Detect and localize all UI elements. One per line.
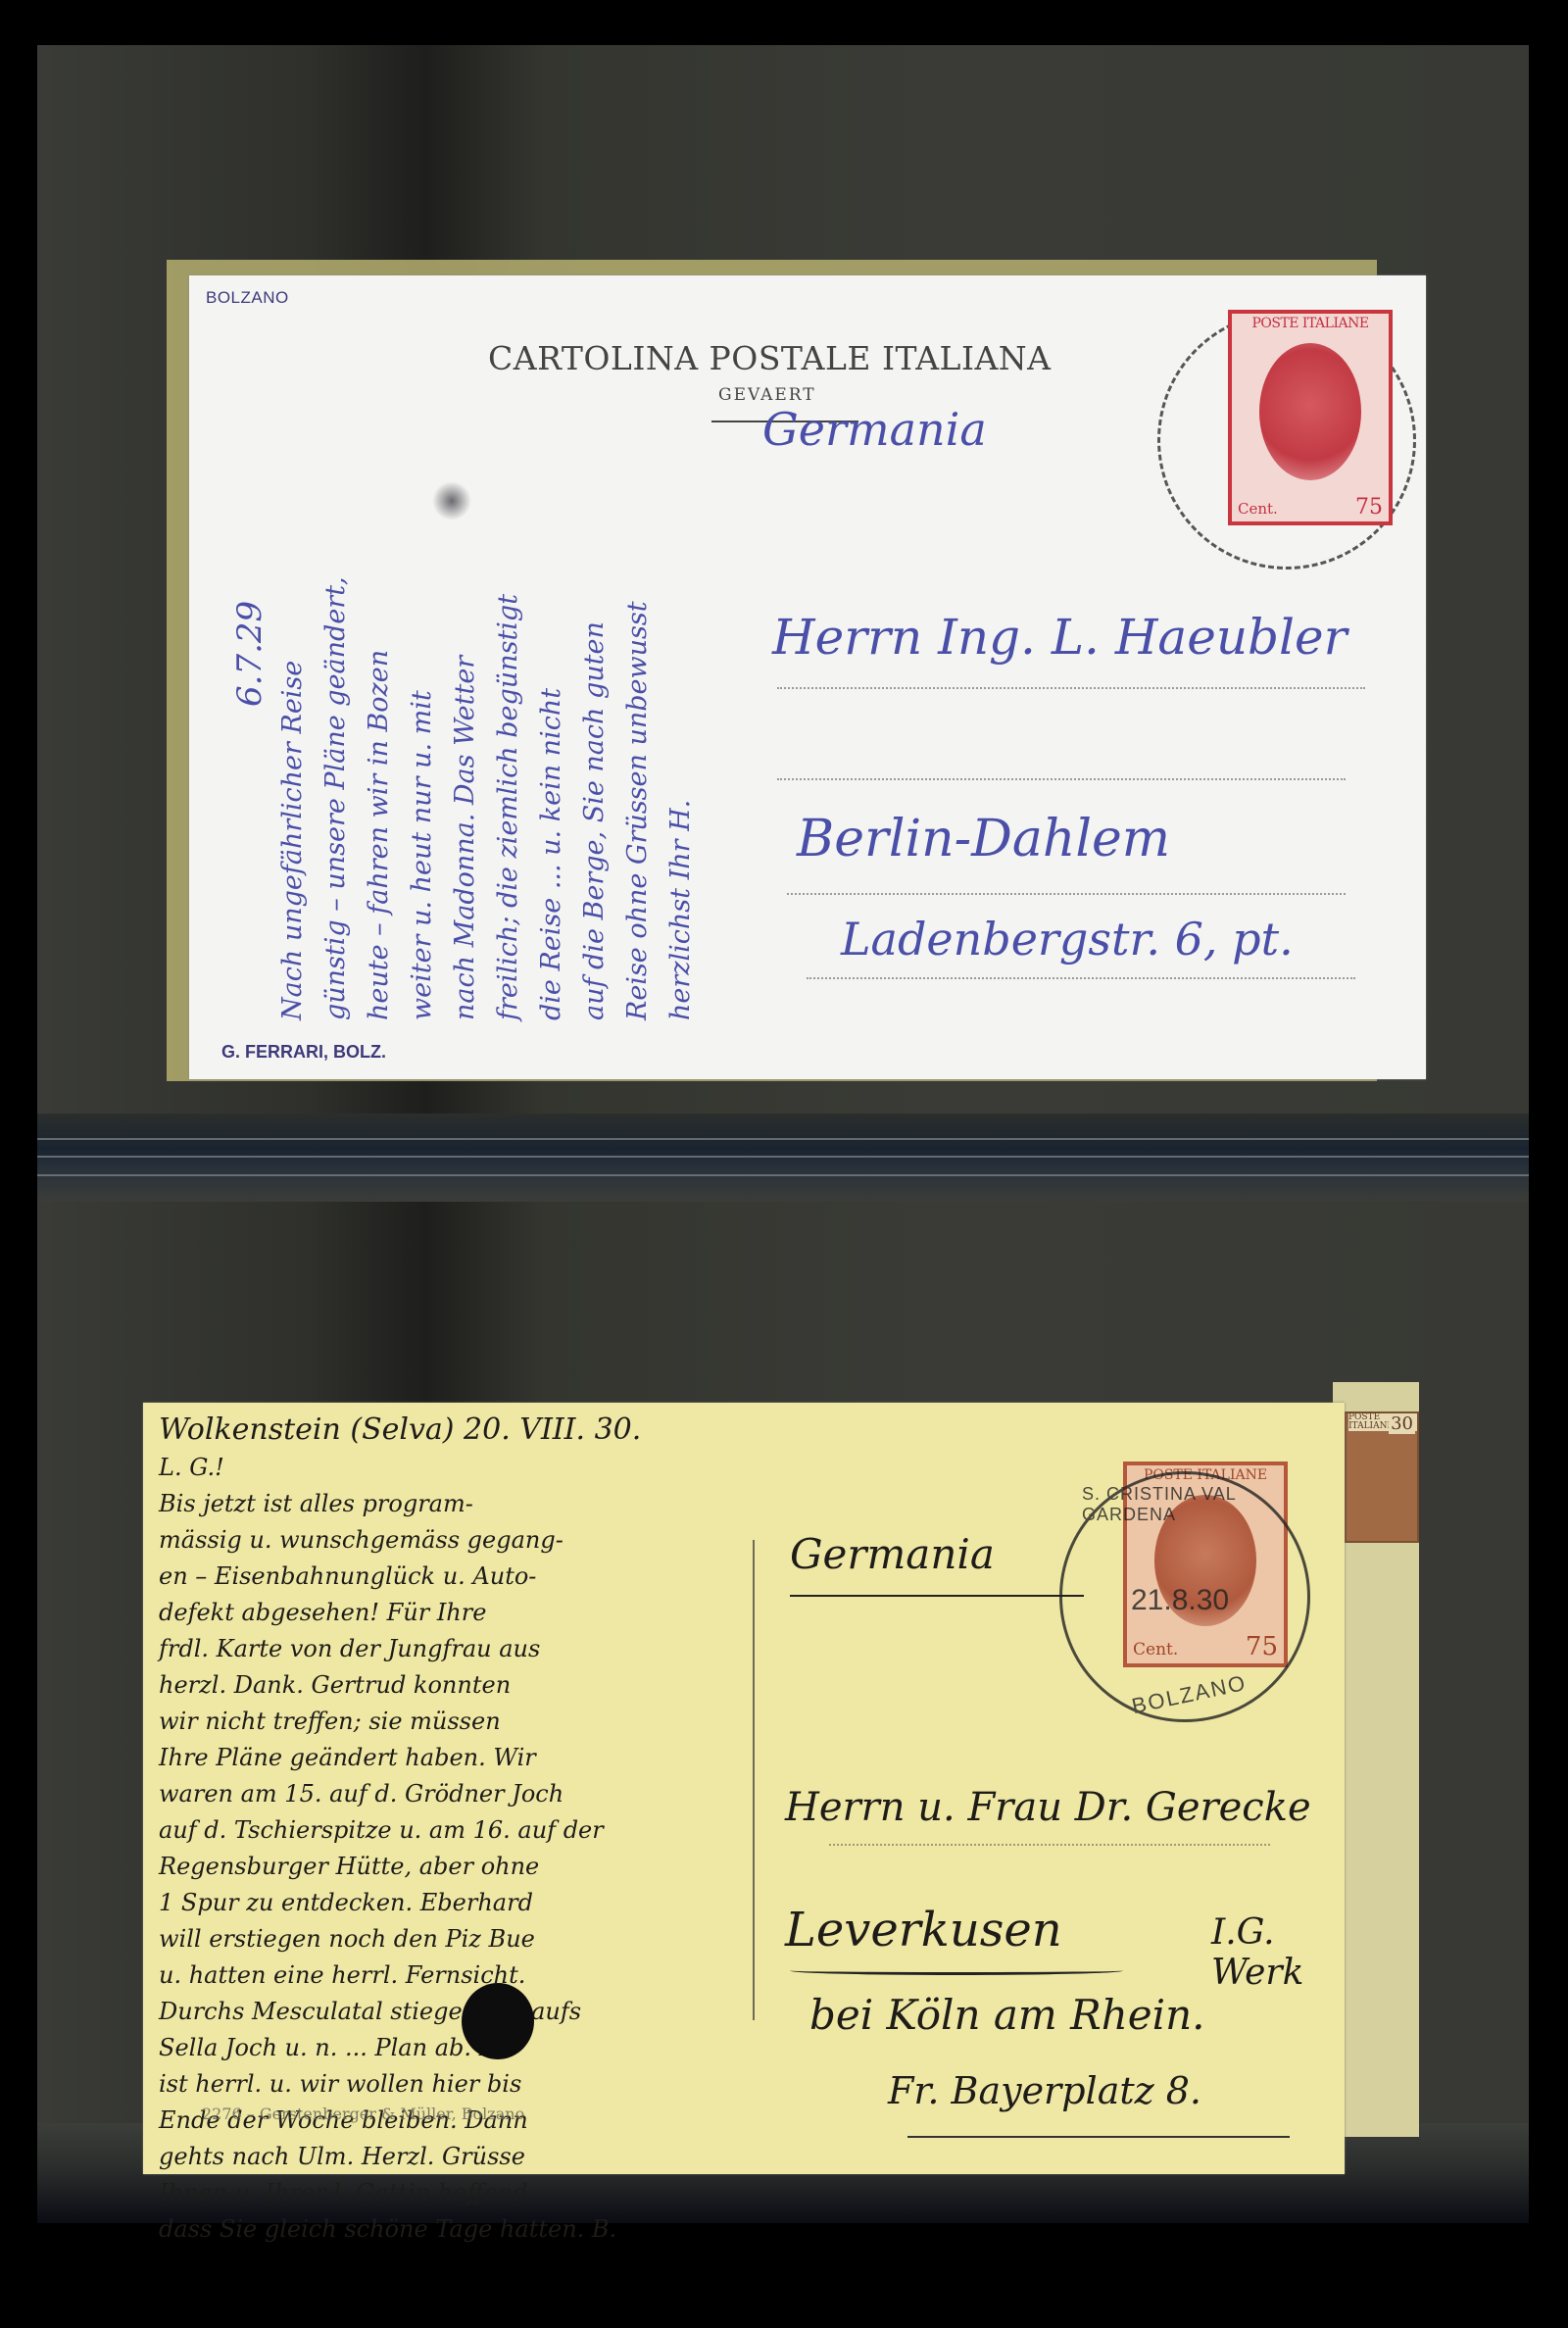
address-name: Herrn Ing. L. Haeubler — [772, 609, 1347, 666]
postcard-top: BOLZANO CARTOLINA POSTALE ITALIANA GEVAE… — [189, 275, 1426, 1079]
address-street: Fr. Bayerplatz 8. — [888, 2069, 1201, 2112]
message-line: ist herrl. u. wir wollen hier bis — [159, 2066, 766, 2103]
message-line: gehts nach Ulm. Herzl. Grüsse — [159, 2139, 766, 2175]
underline — [790, 1595, 1084, 1597]
address-dotted-line — [829, 1844, 1270, 1846]
address-country: Germania — [762, 403, 987, 456]
message-line: Nach ungefährlicher Reise — [271, 334, 315, 1020]
postcard-bottom: Wolkenstein (Selva) 20. VIII. 30. L. G.!… — [143, 1403, 1345, 2174]
stamp-header: POSTE ITALIANE — [1232, 316, 1389, 331]
address-city-suffix: I.G. Werk — [1211, 1912, 1345, 1993]
message-line: Ihre Pläne geändert haben. Wir — [159, 1740, 766, 1776]
postmark-date: 21.8.30 — [1131, 1584, 1229, 1617]
message-line: 1 Spur zu entdecken. Eberhard — [159, 1885, 766, 1921]
address-street: Ladenbergstr. 6, pt. — [841, 913, 1294, 966]
address-dotted-line — [787, 893, 1346, 895]
message-lines: L. G.!Bis jetzt ist alles program-mässig… — [159, 1450, 766, 2248]
message-line: heute – fahren wir in Bozen — [358, 334, 401, 1020]
message-line: weiter u. heut nur u. mit — [401, 334, 444, 1020]
message-line: herzl. Dank. Gertrud konnten — [159, 1667, 766, 1704]
underline — [907, 2136, 1290, 2138]
stamp-value: 75 — [1355, 495, 1383, 520]
sleeve-line — [37, 1174, 1529, 1176]
ink-stain — [432, 481, 471, 520]
address-region: bei Köln am Rhein. — [809, 1991, 1204, 2039]
message-line: Sella Joch u. n. ... Plan ab. Es — [159, 2030, 766, 2066]
address-country: Germania — [790, 1530, 995, 1578]
message-heading: Wolkenstein (Selva) 20. VIII. 30. — [159, 1411, 766, 1450]
message-line: herzlichst Ihr H. — [660, 334, 703, 1020]
printed-publisher: G. FERRARI, BOLZ. — [221, 1042, 386, 1063]
message-line: freilich; die ziemlich begünstigt — [487, 334, 530, 1020]
postmark: S. CRISTINA VAL GARDENA 21.8.30 BOLZANO — [1059, 1471, 1310, 1722]
message-line: nach Madonna. Das Wetter — [444, 334, 487, 1020]
message-lines: 6.7.29 Nach ungefährlicher Reisegünstig … — [228, 334, 703, 1020]
sleeve-edge-shadow — [37, 1114, 1529, 1202]
message-line: auf die Berge, Sie nach guten — [573, 334, 616, 1020]
address-dotted-line — [777, 778, 1346, 780]
message-line: L. G.! — [159, 1450, 766, 1486]
message-line: Ihnen u. Ihrer l. Gattin hoffend — [159, 2175, 766, 2211]
address-name: Herrn u. Frau Dr. Gerecke — [785, 1785, 1311, 1830]
wavy-underline — [790, 1966, 1123, 1975]
message-line: defekt abgesehen! Für Ihre — [159, 1595, 766, 1631]
message-line: mässig u. wunschgemäss gegang- — [159, 1522, 766, 1559]
postmark-town: S. CRISTINA VAL GARDENA — [1082, 1484, 1307, 1525]
postage-stamp: POSTE ITALIANE Cent. 75 — [1228, 310, 1393, 525]
postmark-province: BOLZANO — [1130, 1670, 1249, 1719]
printed-publisher: 2276 – Gerstenberger & Müller, Bolzano — [202, 2105, 524, 2123]
king-portrait-icon — [1259, 343, 1361, 480]
handwritten-message: 6.7.29 Nach ungefährlicher Reisegünstig … — [228, 334, 836, 1020]
sleeve-line — [37, 1138, 1529, 1140]
stamp-value: 30 — [1389, 1413, 1415, 1434]
message-line: Reise ohne Grüssen unbewusst — [616, 334, 660, 1020]
postage-stamp-behind: POSTE ITALIANE 30 — [1345, 1412, 1419, 1543]
address-city: Berlin-Dahlem — [797, 810, 1170, 868]
ink-blot — [462, 1983, 534, 2059]
handwritten-date: 6.7.29 — [228, 21, 271, 707]
stamp-denomination-label: Cent. — [1238, 500, 1278, 518]
address-dotted-line — [807, 977, 1355, 979]
message-line: Regensburger Hütte, aber ohne — [159, 1849, 766, 1885]
message-line: dass Sie gleich schöne Tage hatten. B. — [159, 2211, 766, 2248]
message-line: günstig – unsere Pläne geändert, — [315, 334, 358, 1020]
address-city: Leverkusen — [785, 1903, 1062, 1957]
message-line: wir nicht treffen; sie müssen — [159, 1704, 766, 1740]
message-line: Bis jetzt ist alles program- — [159, 1486, 766, 1522]
sleeve-line — [37, 1156, 1529, 1158]
address-dotted-line — [777, 687, 1365, 689]
message-line: frdl. Karte von der Jungfrau aus — [159, 1631, 766, 1667]
message-line: auf d. Tschierspitze u. am 16. auf der — [159, 1812, 766, 1849]
message-line: will erstiegen noch den Piz Bue — [159, 1921, 766, 1957]
message-line: waren am 15. auf d. Grödner Joch — [159, 1776, 766, 1812]
message-line: die Reise ... u. kein nicht — [530, 334, 573, 1020]
message-line: en – Eisenbahnunglück u. Auto- — [159, 1559, 766, 1595]
message-line: u. hatten eine herrl. Fernsicht. — [159, 1957, 766, 1994]
card-divider — [753, 1540, 755, 2020]
